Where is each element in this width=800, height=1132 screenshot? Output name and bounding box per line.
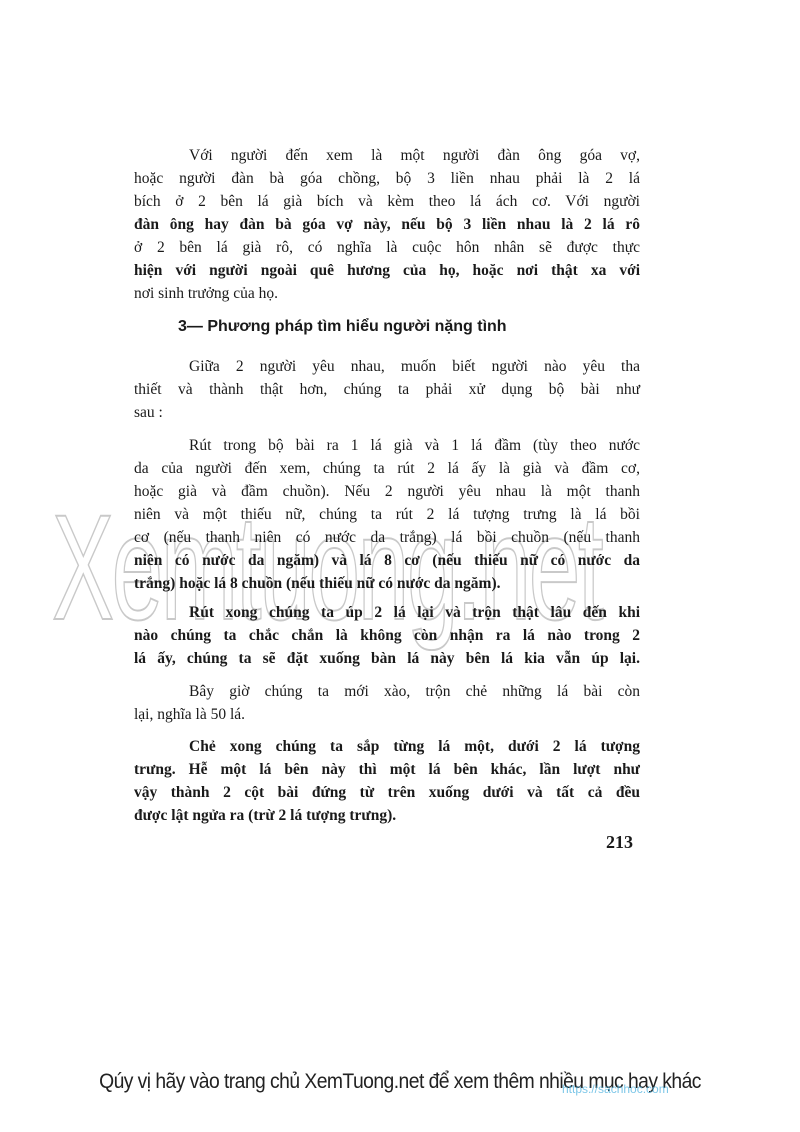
paragraph-draw-cards: Rút trong bộ bài ra 1 lá già và 1 lá đầm… [134, 434, 640, 595]
page-number: 213 [606, 832, 633, 853]
text-line: hoặc người đàn bà góa chồng, bộ 3 liền n… [134, 167, 640, 190]
text-line: hoặc già và đầm chuồn). Nếu 2 người yêu … [134, 480, 640, 503]
text-line: trắng) hoặc lá 8 chuồn (nếu thiếu nữ có … [134, 572, 640, 595]
text-line: da của người đến xem, chúng ta rút 2 lá … [134, 457, 640, 480]
text-line: sau : [134, 401, 640, 424]
text-line: nào chúng ta chắc chắn là không còn nhận… [134, 624, 640, 647]
text-line: Chẻ xong chúng ta sắp từng lá một, dưới … [134, 735, 640, 758]
text-line: niên và một thiếu nữ, chúng ta rút 2 lá … [134, 503, 640, 526]
paragraph-arrange: Chẻ xong chúng ta sắp từng lá một, dưới … [134, 735, 640, 827]
text-line: Giữa 2 người yêu nhau, muốn biết người n… [134, 355, 640, 378]
text-line: Bây giờ chúng ta mới xào, trộn chẻ những… [134, 680, 640, 703]
text-line: vậy thành 2 cột bài đứng từ trên xuống d… [134, 781, 640, 804]
paragraph-widowed: Với người đến xem là một người đàn ông g… [134, 144, 640, 305]
text-line: niên có nước da ngăm) và lá 8 cơ (nếu th… [134, 549, 640, 572]
text-line: Với người đến xem là một người đàn ông g… [134, 144, 640, 167]
footer-overlay-url: https://sachhoc.com [562, 1082, 669, 1096]
paragraph-shuffle: Rút xong chúng ta úp 2 lá lại và trộn th… [134, 601, 640, 670]
text-line: lại, nghĩa là 50 lá. [134, 703, 640, 726]
text-line: trưng. Hễ một lá bên này thì một lá bên … [134, 758, 640, 781]
paragraph-remaining: Bây giờ chúng ta mới xào, trộn chẻ những… [134, 680, 640, 726]
text-line: Rút trong bộ bài ra 1 lá già và 1 lá đầm… [134, 434, 640, 457]
text-line: cơ (nếu thanh niên có nước da trắng) lá … [134, 526, 640, 549]
text-line: nơi sinh trưởng của họ. [134, 282, 640, 305]
text-line: Rút xong chúng ta úp 2 lá lại và trộn th… [134, 601, 640, 624]
text-line: ở 2 bên lá già rô, có nghĩa là cuộc hôn … [134, 236, 640, 259]
text-line: đàn ông hay đàn bà góa vợ này, nếu bộ 3 … [134, 213, 640, 236]
text-line: lá ấy, chúng ta sẽ đặt xuống bàn lá này … [134, 647, 640, 670]
text-line: thiết và thành thật hơn, chúng ta phải x… [134, 378, 640, 401]
paragraph-intro: Giữa 2 người yêu nhau, muốn biết người n… [134, 355, 640, 424]
text-line: bích ở 2 bên lá già bích và kèm theo lá … [134, 190, 640, 213]
book-page: Xemtuong.net Với người đến xem là một ng… [0, 0, 800, 1132]
section-heading: 3— Phương pháp tìm hiểu người nặng tình [178, 318, 507, 336]
text-line: hiện với người ngoài quê hương của họ, h… [134, 259, 640, 282]
text-line: được lật ngửa ra (trừ 2 lá tượng trưng). [134, 804, 640, 827]
